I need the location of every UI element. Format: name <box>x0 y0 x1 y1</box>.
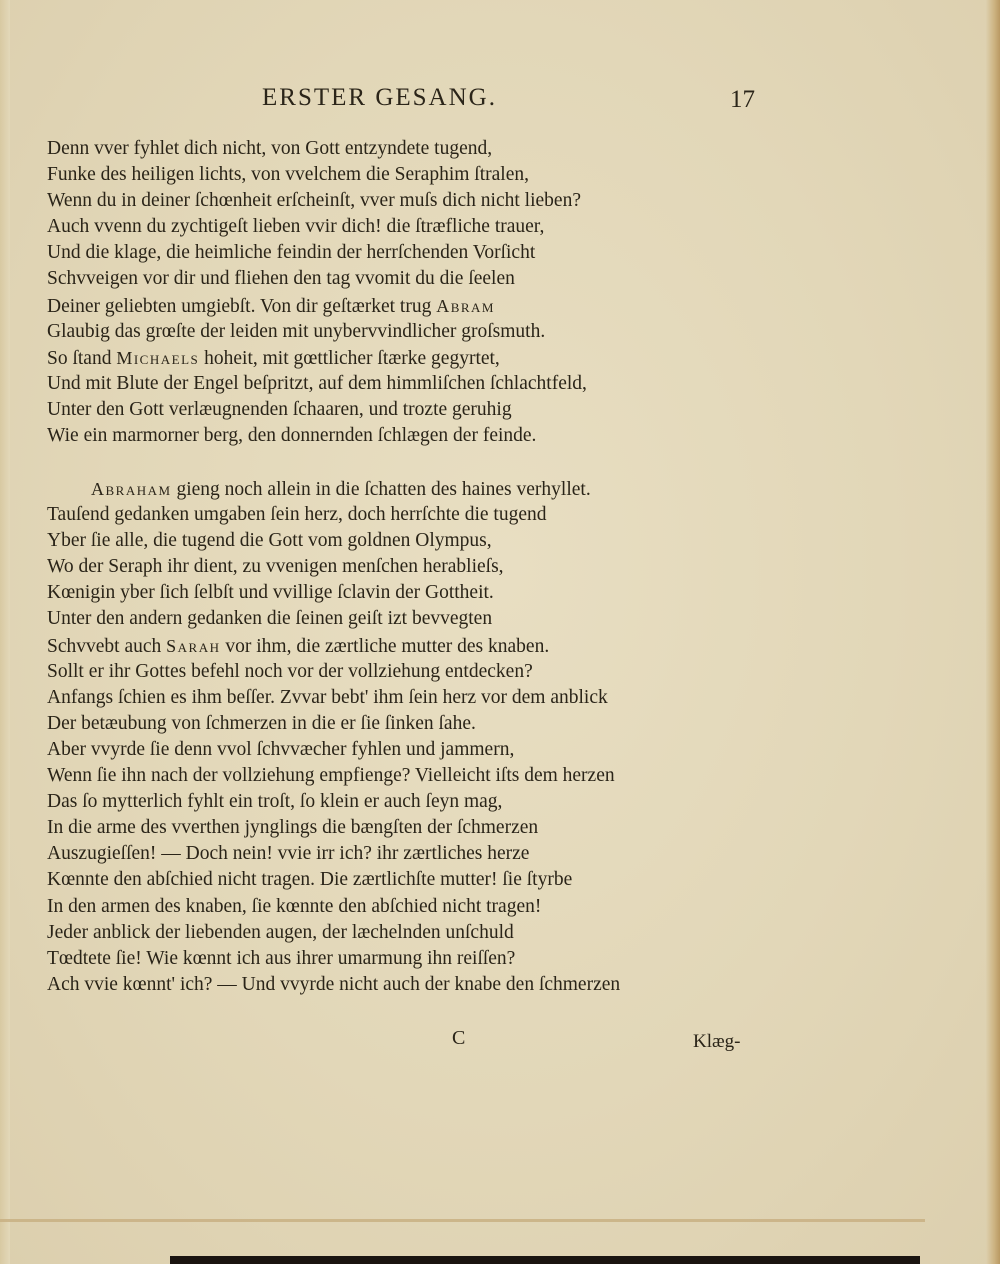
verse-line: Tauſend gedanken umgaben ſein herz, doch… <box>47 502 767 528</box>
paper-fold-crease <box>0 1219 925 1222</box>
verse-line: Das ſo mytterlich fyhlt ein troſt, ſo kl… <box>47 789 767 815</box>
verse-line: Sollt er ihr Gottes befehl noch vor der … <box>47 659 767 685</box>
verse-line: Unter den Gott verlæugnenden ſchaaren, u… <box>47 397 767 423</box>
name-small-caps: Abram <box>436 296 495 316</box>
verse-line: Denn vver fyhlet dich nicht, von Gott en… <box>47 136 767 162</box>
verse-text: vor ihm, die zærtliche mutter des knaben… <box>221 636 550 657</box>
name-small-caps: Abraham <box>91 479 172 499</box>
chapter-heading: ERSTER GESANG. <box>262 84 497 112</box>
verse-stanza-2: Abraham gieng noch allein in die ſchatte… <box>47 476 767 998</box>
name-small-caps: Sarah <box>166 636 220 656</box>
verse-text: hoheit, mit gœttlicher ſtærke gegyrtet, <box>199 348 500 369</box>
page-bottom-shadow <box>170 1256 920 1264</box>
scanned-book-page: ERSTER GESANG. 17 Denn vver fyhlet dich … <box>0 0 1000 1264</box>
catchword: Klæg- <box>693 1031 741 1053</box>
running-head: ERSTER GESANG. 17 <box>0 84 1000 118</box>
verse-line: Schvveigen vor dir und fliehen den tag v… <box>47 266 767 292</box>
verse-text: Deiner geliebten umgiebſt. Von dir geſtæ… <box>47 296 436 317</box>
page-right-edge-binding <box>986 0 1000 1264</box>
verse-line: Abraham gieng noch allein in die ſchatte… <box>47 476 767 502</box>
verse-line: Und die klage, die heimliche feindin der… <box>47 240 767 266</box>
verse-line: Unter den andern gedanken die ſeinen gei… <box>47 606 767 632</box>
page-left-edge <box>0 0 10 1264</box>
verse-line: Deiner geliebten umgiebſt. Von dir geſtæ… <box>47 293 767 319</box>
verse-text: So ſtand <box>47 348 116 369</box>
verse-text: Schvvebt auch <box>47 636 166 657</box>
verse-line: Wo der Seraph ihr dient, zu vvenigen men… <box>47 554 767 580</box>
verse-line: Jeder anblick der liebenden augen, der l… <box>47 920 767 946</box>
verse-line: Und mit Blute der Engel beſpritzt, auf d… <box>47 371 767 397</box>
verse-line: Tœdtete ſie! Wie kœnnt ich aus ihrer uma… <box>47 946 767 972</box>
verse-line: Yber ſie alle, die tugend die Gott vom g… <box>47 528 767 554</box>
verse-line: So ſtand Michaels hoheit, mit gœttlicher… <box>47 345 767 371</box>
page-number: 17 <box>730 86 755 114</box>
verse-line: Anfangs ſchien es ihm beſſer. Zvvar bebt… <box>47 685 767 711</box>
verse-line: Auch vvenn du zychtigeſt lieben vvir dic… <box>47 214 767 240</box>
verse-line: Kœnigin yber ſich ſelbſt und vvillige ſc… <box>47 580 767 606</box>
verse-line: Wie ein marmorner berg, den donnernden ſ… <box>47 423 767 449</box>
signature-mark: C <box>452 1027 465 1050</box>
verse-line: Glaubig das grœſte der leiden mit unyber… <box>47 319 767 345</box>
name-small-caps: Michaels <box>116 348 199 368</box>
verse-line: Der betæubung von ſchmerzen in die er ſi… <box>47 711 767 737</box>
verse-stanza-1: Denn vver fyhlet dich nicht, von Gott en… <box>47 136 767 449</box>
verse-line: Wenn du in deiner ſchœnheit erſcheinſt, … <box>47 188 767 214</box>
verse-line: Wenn ſie ihn nach der vollziehung empfie… <box>47 763 767 789</box>
verse-line: Aber vvyrde ſie denn vvol ſchvvæcher fyh… <box>47 737 767 763</box>
verse-line: Ach vvie kœnnt' ich? — Und vvyrde nicht … <box>47 972 767 998</box>
verse-line: Schvvebt auch Sarah vor ihm, die zærtlic… <box>47 633 767 659</box>
verse-line: Kœnnte den abſchied nicht tragen. Die zæ… <box>47 867 767 893</box>
verse-line: Auszugieſſen! — Doch nein! vvie irr ich?… <box>47 841 767 867</box>
verse-line: In den armen des knaben, ſie kœnnte den … <box>47 894 767 920</box>
verse-line: In die arme des vverthen jynglings die b… <box>47 815 767 841</box>
verse-text: gieng noch allein in die ſchatten des ha… <box>172 479 591 500</box>
verse-line: Funke des heiligen lichts, von vvelchem … <box>47 162 767 188</box>
